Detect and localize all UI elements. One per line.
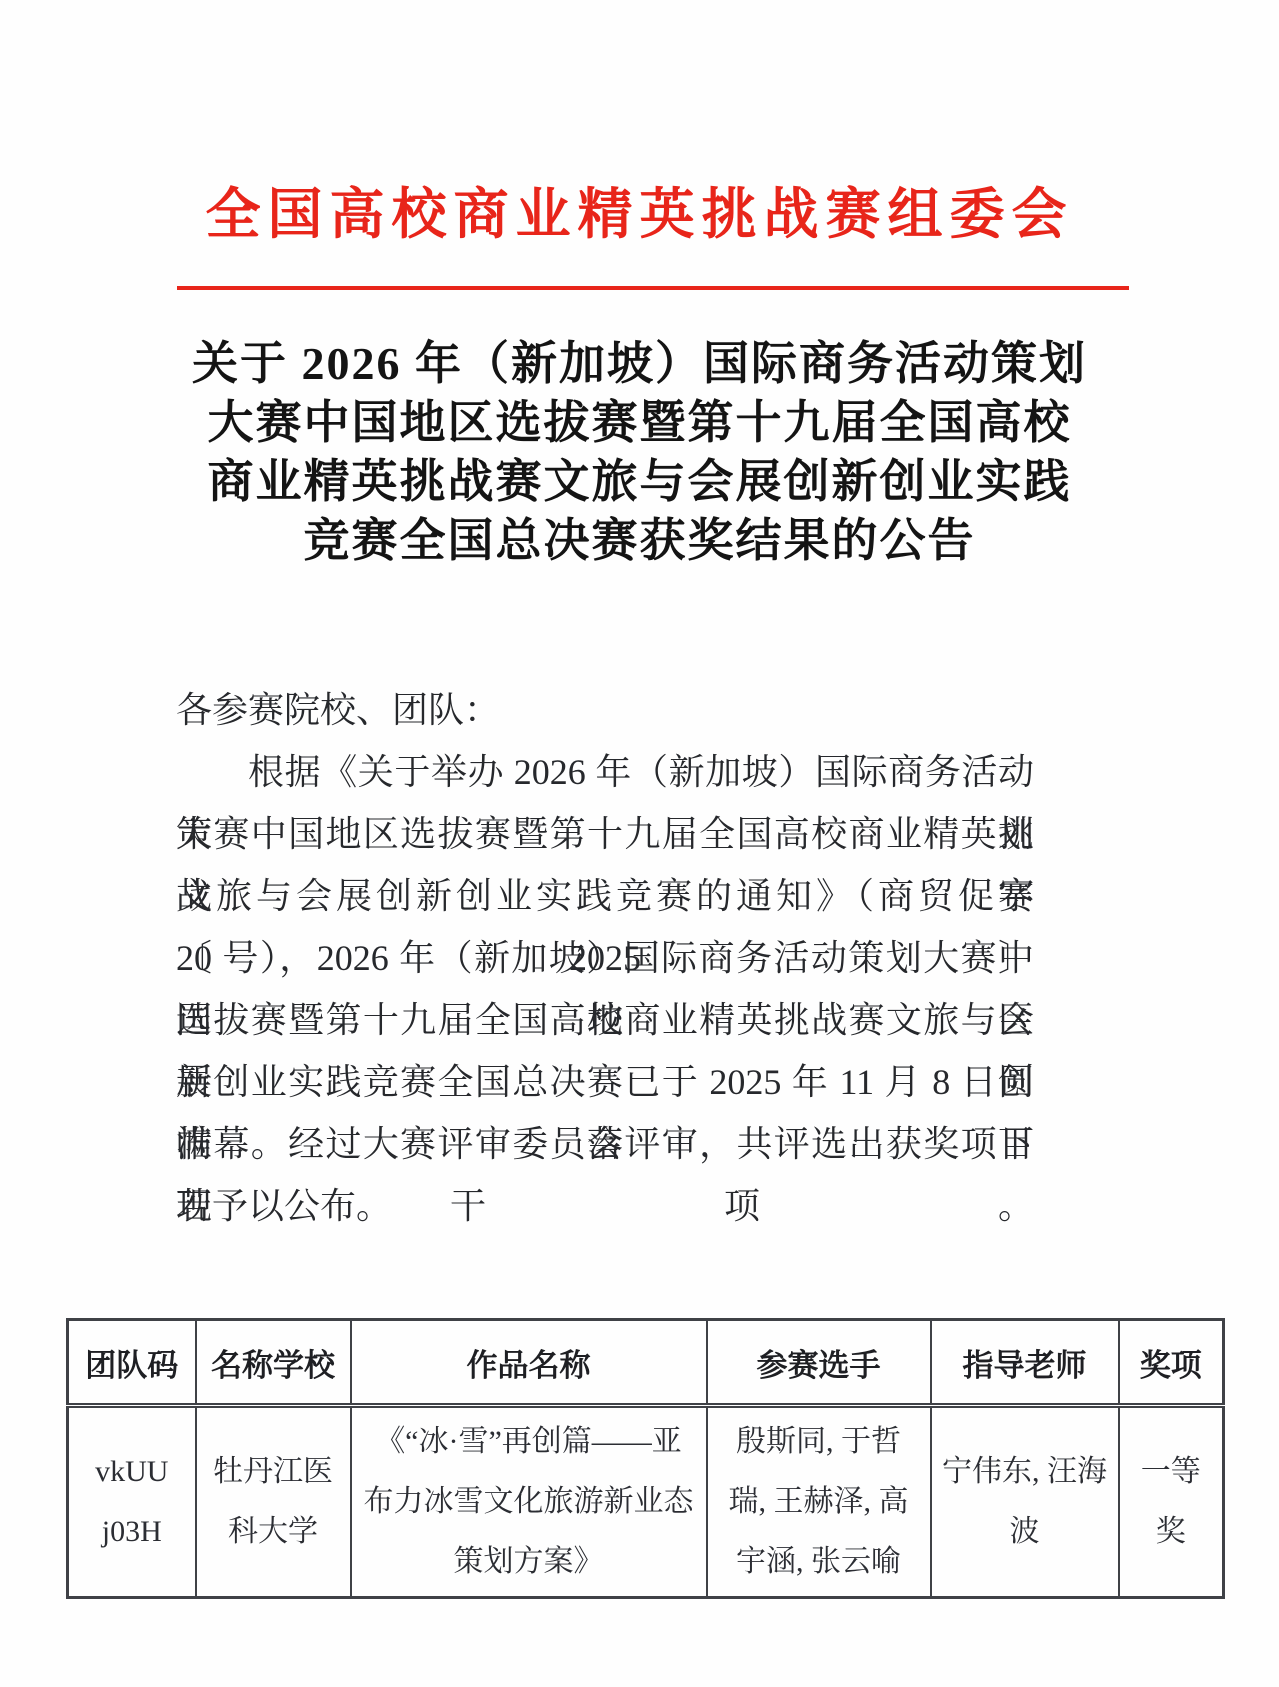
header-award: 奖项 <box>1119 1320 1224 1406</box>
body-line: 大赛中国地区选拔赛暨第十九届全国高校商业精英挑战赛 <box>176 803 1034 865</box>
body-line: 新创业实践竞赛全国总决赛已于 2025 年 11 月 8 日圆满落下 <box>176 1051 1034 1113</box>
cell-award: 一等奖 <box>1119 1406 1224 1598</box>
body-line: 20 号），2026 年（新加坡）国际商务活动策划大赛中国地区 <box>176 927 1034 989</box>
doc-title-line: 关于 2026 年（新加坡）国际商务活动策划 <box>0 334 1279 393</box>
doc-title-line: 商业精英挑战赛文旅与会展创新创业实践 <box>0 452 1279 511</box>
award-results-table: 团队码 名称学校 作品名称 参赛选手 指导老师 奖项 vkUU j03H 牡丹江… <box>66 1318 1225 1599</box>
doc-title-line: 竞赛全国总决赛获奖结果的公告 <box>0 511 1279 570</box>
body-line: 选拔赛暨第十九届全国高校商业精英挑战赛文旅与会展创 <box>176 989 1034 1051</box>
org-title: 全国高校商业精英挑战赛组委会 <box>0 170 1279 249</box>
cell-advisors: 宁伟东, 汪海波 <box>931 1406 1119 1598</box>
body-paragraph: 各参赛院校、团队： 根据《关于举办 2026 年（新加坡）国际商务活动策划 大赛… <box>176 679 1034 1237</box>
body-line: 帷幕。经过大赛评审委员会评审，共评选出获奖项目若干项。 <box>176 1113 1034 1175</box>
table-row: vkUU j03H 牡丹江医科大学 《“冰·雪”再创篇——亚布力冰雪文化旅游新业… <box>68 1406 1224 1598</box>
cell-team-code: vkUU j03H <box>68 1406 196 1598</box>
cell-school: 牡丹江医科大学 <box>196 1406 351 1598</box>
header-school: 名称学校 <box>196 1320 351 1406</box>
header-members: 参赛选手 <box>707 1320 931 1406</box>
doc-title-line: 大赛中国地区选拔赛暨第十九届全国高校 <box>0 393 1279 452</box>
salutation: 各参赛院校、团队： <box>176 679 1034 741</box>
org-title-underline <box>177 286 1129 290</box>
cell-work-title: 《“冰·雪”再创篇——亚布力冰雪文化旅游新业态策划方案》 <box>351 1406 707 1598</box>
table-header-row: 团队码 名称学校 作品名称 参赛选手 指导老师 奖项 <box>68 1320 1224 1406</box>
body-line: 根据《关于举办 2026 年（新加坡）国际商务活动策划 <box>176 741 1034 803</box>
announcement-page: 全国高校商业精英挑战赛组委会 关于 2026 年（新加坡）国际商务活动策划 大赛… <box>0 0 1279 1687</box>
cell-members: 殷斯同, 于哲瑞, 王赫泽, 高宇涵, 张云喻 <box>707 1406 931 1598</box>
header-advisors: 指导老师 <box>931 1320 1119 1406</box>
header-team-code: 团队码 <box>68 1320 196 1406</box>
doc-title: 关于 2026 年（新加坡）国际商务活动策划 大赛中国地区选拔赛暨第十九届全国高… <box>0 334 1279 570</box>
body-line: 文旅与会展创新创业实践竞赛的通知》（商贸促字〔2025〕 <box>176 865 1034 927</box>
header-work-title: 作品名称 <box>351 1320 707 1406</box>
